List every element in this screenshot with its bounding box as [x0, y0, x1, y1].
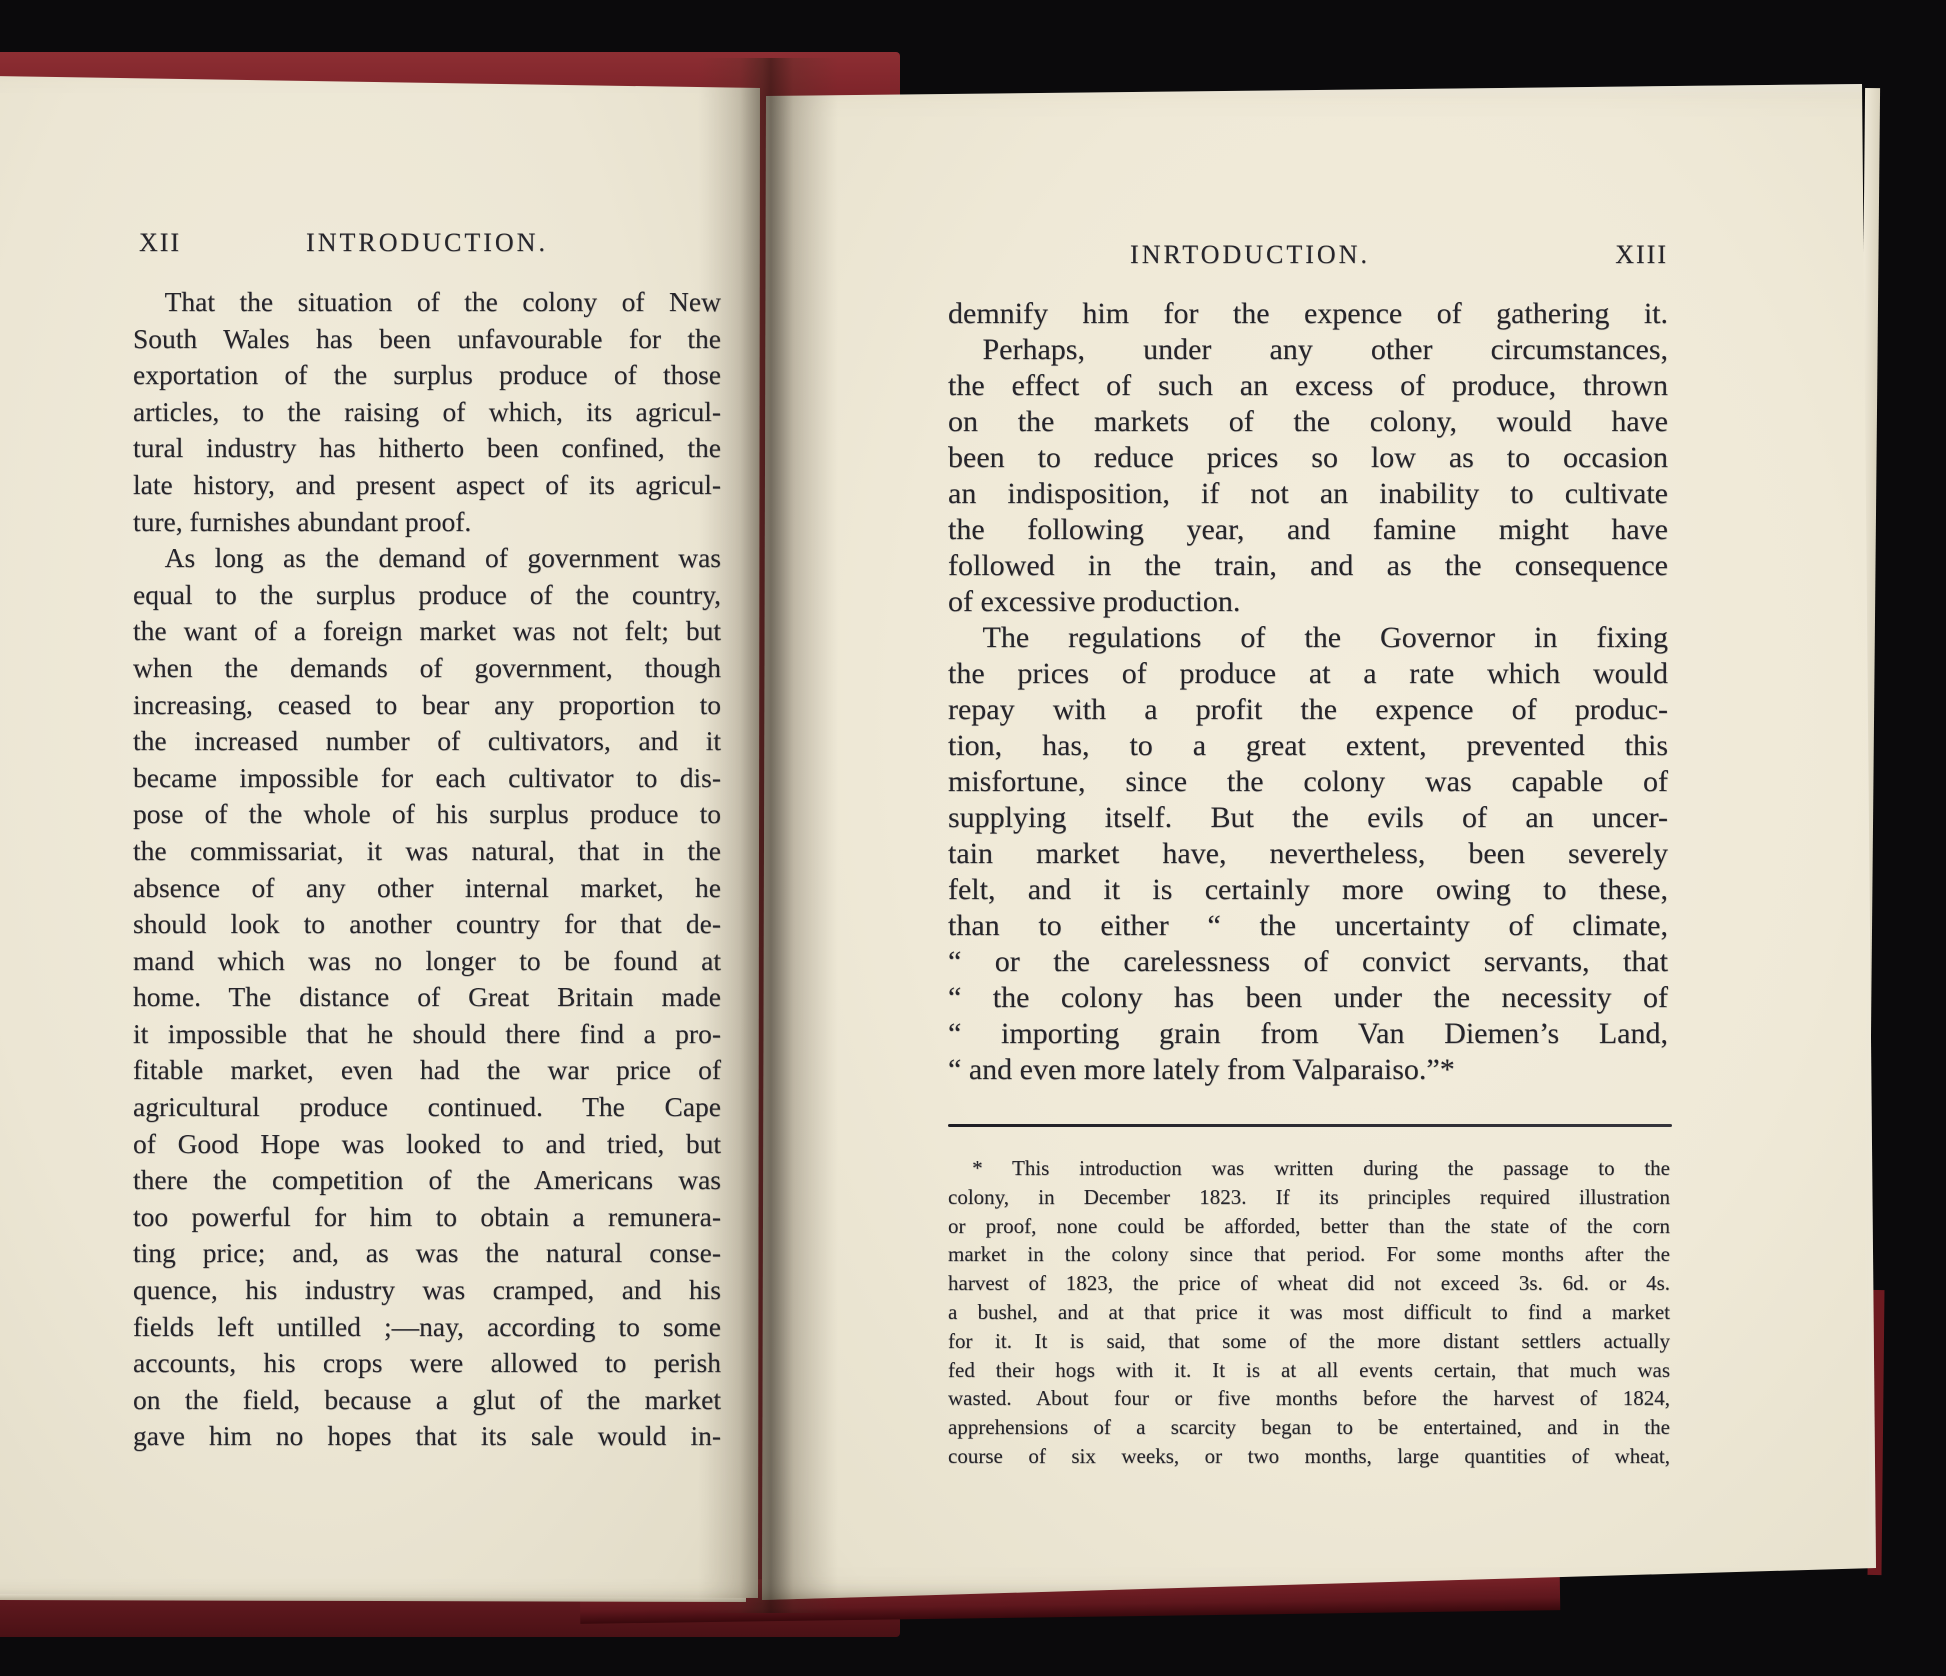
- text-line: pose of the whole of his surplus produce…: [133, 796, 721, 833]
- footnote: * This introduction was written during t…: [948, 1154, 1670, 1471]
- paragraph: The regulations of the Governor in fixin…: [948, 620, 1668, 1088]
- right-page-body: demnify him for the expence of gathering…: [948, 296, 1668, 1088]
- text-line: fitable market, even had the war price o…: [133, 1052, 721, 1089]
- text-line: ture, furnishes abundant proof.: [133, 504, 721, 541]
- text-line: for it. It is said, that some of the mor…: [948, 1327, 1670, 1356]
- right-running-header: INRTODUCTION.: [890, 240, 1610, 270]
- paragraph: As long as the demand of government wase…: [133, 540, 721, 1455]
- text-line: on the field, because a glut of the mark…: [133, 1382, 721, 1419]
- text-line: accounts, his crops were allowed to peri…: [133, 1345, 721, 1382]
- right-page-number: XIII: [1615, 240, 1668, 270]
- text-line: felt, and it is certainly more owing to …: [948, 872, 1668, 908]
- paragraph: * This introduction was written during t…: [948, 1154, 1670, 1471]
- text-line: the prices of produce at a rate which wo…: [948, 656, 1668, 692]
- text-line: wasted. About four or five months before…: [948, 1384, 1670, 1413]
- text-line: the following year, and famine might hav…: [948, 512, 1668, 548]
- text-line: ting price; and, as was the natural cons…: [133, 1235, 721, 1272]
- left-page-number: XII: [139, 228, 181, 258]
- text-line: harvest of 1823, the price of wheat did …: [948, 1269, 1670, 1298]
- paragraph: That the situation of the colony of NewS…: [133, 284, 721, 540]
- text-line: “ or the carelessness of convict servant…: [948, 944, 1668, 980]
- text-line: The regulations of the Governor in fixin…: [948, 620, 1668, 656]
- text-line: gave him no hopes that its sale would in…: [133, 1418, 721, 1455]
- text-line: mand which was no longer to be found at: [133, 943, 721, 980]
- text-line: * This introduction was written during t…: [948, 1154, 1670, 1183]
- text-line: fed their hogs with it. It is at all eve…: [948, 1356, 1670, 1385]
- text-line: That the situation of the colony of New: [133, 284, 721, 321]
- text-line: became impossible for each cultivator to…: [133, 760, 721, 797]
- text-line: South Wales has been unfavourable for th…: [133, 321, 721, 358]
- text-line: demnify him for the expence of gathering…: [948, 296, 1668, 332]
- footnote-separator-rule: [948, 1124, 1672, 1127]
- text-line: fields left untilled ;—nay, according to…: [133, 1309, 721, 1346]
- text-line: course of six weeks, or two months, larg…: [948, 1442, 1670, 1471]
- text-line: increasing, ceased to bear any proportio…: [133, 687, 721, 724]
- text-line: tion, has, to a great extent, prevented …: [948, 728, 1668, 764]
- text-line: too powerful for him to obtain a remuner…: [133, 1199, 721, 1236]
- paragraph: Perhaps, under any other circumstances,t…: [948, 332, 1668, 620]
- text-line: tain market have, nevertheless, been sev…: [948, 836, 1668, 872]
- text-line: of excessive production.: [948, 584, 1668, 620]
- text-line: colony, in December 1823. If its princip…: [948, 1183, 1670, 1212]
- text-line: apprehensions of a scarcity began to be …: [948, 1413, 1670, 1442]
- text-line: the effect of such an excess of produce,…: [948, 368, 1668, 404]
- left-running-header: INTRODUCTION.: [133, 228, 721, 258]
- text-line: tural industry has hitherto been confine…: [133, 430, 721, 467]
- text-line: of Good Hope was looked to and tried, bu…: [133, 1126, 721, 1163]
- text-line: misfortune, since the colony was capable…: [948, 764, 1668, 800]
- right-page-header-row: INRTODUCTION. XIII: [890, 240, 1610, 270]
- text-line: articles, to the raising of which, its a…: [133, 394, 721, 431]
- text-line: than to either “ the uncertainty of clim…: [948, 908, 1668, 944]
- paragraph: demnify him for the expence of gathering…: [948, 296, 1668, 332]
- book-photograph: { "photo": { "background_color": "#0b0a0…: [0, 0, 1946, 1676]
- left-page: XII INTRODUCTION. That the situation of …: [0, 66, 770, 1606]
- text-line: the want of a foreign market was not fel…: [133, 613, 721, 650]
- text-line: agricultural produce continued. The Cape: [133, 1089, 721, 1126]
- text-line: supplying itself. But the evils of an un…: [948, 800, 1668, 836]
- left-page-header-row: XII INTRODUCTION.: [133, 228, 721, 258]
- right-page: INRTODUCTION. XIII demnify him for the e…: [756, 84, 1876, 1600]
- text-line: home. The distance of Great Britain made: [133, 979, 721, 1016]
- text-line: Perhaps, under any other circumstances,: [948, 332, 1668, 368]
- text-line: the commissariat, it was natural, that i…: [133, 833, 721, 870]
- text-line: “ and even more lately from Valparaiso.”…: [948, 1052, 1668, 1088]
- text-line: As long as the demand of government was: [133, 540, 721, 577]
- text-line: repay with a profit the expence of produ…: [948, 692, 1668, 728]
- text-line: absence of any other internal market, he: [133, 870, 721, 907]
- text-line: quence, his industry was cramped, and hi…: [133, 1272, 721, 1309]
- text-line: late history, and present aspect of its …: [133, 467, 721, 504]
- text-line: market in the colony since that period. …: [948, 1240, 1670, 1269]
- text-line: equal to the surplus produce of the coun…: [133, 577, 721, 614]
- text-line: should look to another country for that …: [133, 906, 721, 943]
- text-line: “ importing grain from Van Diemen’s Land…: [948, 1016, 1668, 1052]
- text-line: a bushel, and at that price it was most …: [948, 1298, 1670, 1327]
- left-page-body: That the situation of the colony of NewS…: [133, 284, 721, 1455]
- text-line: the increased number of cultivators, and…: [133, 723, 721, 760]
- text-line: when the demands of government, though: [133, 650, 721, 687]
- text-line: there the competition of the Americans w…: [133, 1162, 721, 1199]
- text-line: or proof, none could be afforded, better…: [948, 1212, 1670, 1241]
- text-line: “ the colony has been under the necessit…: [948, 980, 1668, 1016]
- text-line: on the markets of the colony, would have: [948, 404, 1668, 440]
- text-line: it impossible that he should there find …: [133, 1016, 721, 1053]
- text-line: exportation of the surplus produce of th…: [133, 357, 721, 394]
- text-line: been to reduce prices so low as to occas…: [948, 440, 1668, 476]
- text-line: followed in the train, and as the conseq…: [948, 548, 1668, 584]
- text-line: an indisposition, if not an inability to…: [948, 476, 1668, 512]
